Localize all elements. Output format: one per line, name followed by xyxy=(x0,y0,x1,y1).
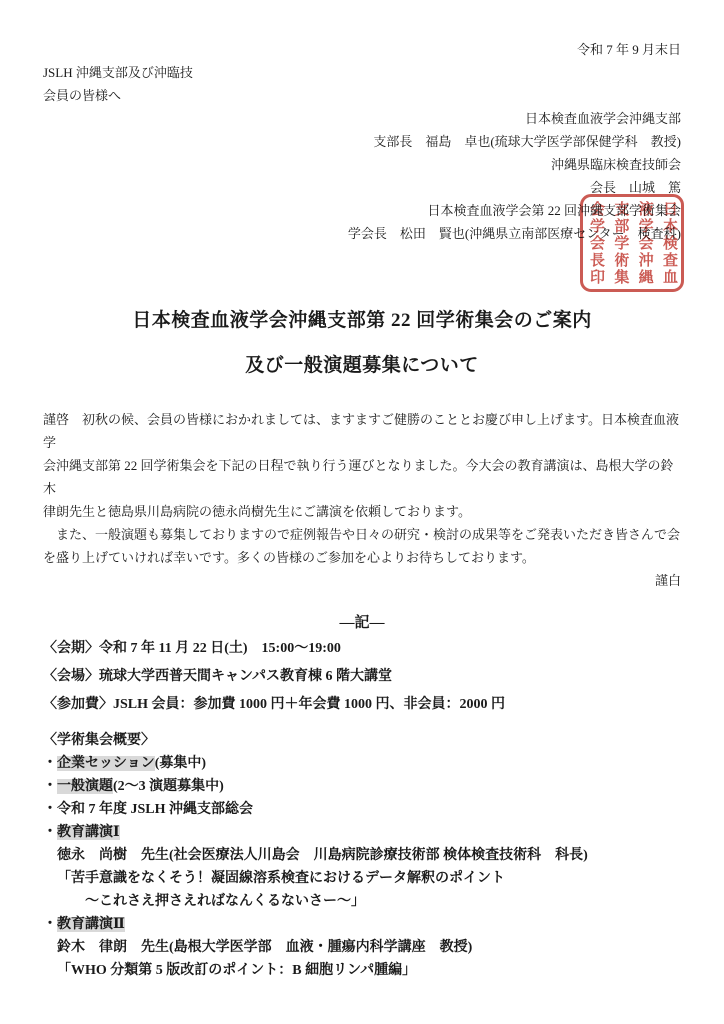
recipient-line: 会員の皆様へ xyxy=(43,84,681,107)
document-title-line-2: 及び一般演題募集について xyxy=(43,352,681,380)
sender-line: 沖縄県臨床検査技師会 xyxy=(43,153,681,176)
lecture-2-speaker: 鈴木 律朗 先生(島根大学医学部 血液・腫瘍内科学講座 教授) xyxy=(43,936,681,959)
official-seal-stamp: 日本検査血 液学会沖縄 支部学術集 会学会長印 xyxy=(580,194,684,292)
highlighted-text: 一般演題 xyxy=(57,779,113,794)
lecture-1-title-line-1: 「苦手意識をなくそう！凝固線溶系検査におけるデータ解釈のポイント xyxy=(43,867,681,890)
overview-item-lecture-1: ・教育講演Ⅰ xyxy=(43,821,681,844)
sender-line: 支部長 福島 卓也(琉球大学医学部保健学科 教授) xyxy=(43,130,681,153)
bullet: ・ xyxy=(43,756,57,771)
highlighted-text: 教育講演Ⅱ xyxy=(57,917,125,932)
lecture-2-title: 「WHO 分類第 5 版改訂のポイント：B 細胞リンパ腫編」 xyxy=(43,959,681,982)
record-item-venue: 〈会場〉琉球大学西普天間キャンパス教育棟 6 階大講堂 xyxy=(43,663,681,691)
body-text-line: また、一般演題も募集しておりますので症例報告や日々の研究・検討の成果等をご発表い… xyxy=(43,523,681,546)
document-page: 令和 7 年 9 月末日 JSLH 沖縄支部及び沖臨技 会員の皆様へ 日本検査血… xyxy=(0,0,724,1024)
recipient-line: JSLH 沖縄支部及び沖臨技 xyxy=(43,61,681,84)
bullet: ・ xyxy=(43,825,57,840)
record-item-period: 〈会期〉令和 7 年 11 月 22 日(土) 15:00～19:00 xyxy=(43,635,681,663)
bullet: ・ xyxy=(43,779,57,794)
overview-item-general-abstracts: ・一般演題(2～3 演題募集中) xyxy=(43,775,681,798)
record-heading: ―記― xyxy=(43,612,681,635)
letter-body: 謹啓 初秋の候、会員の皆様におかれましては、ますますご健勝のこととお慶び申し上げ… xyxy=(43,408,681,592)
bullet: ・ xyxy=(43,802,57,817)
stamp-column: 支部学術集 xyxy=(612,201,627,286)
document-title-line-1: 日本検査血液学会沖縄支部第 22 回学術集会のご案内 xyxy=(43,307,681,335)
body-text-line: 律朗先生と徳島県川島病院の徳永尚樹先生にご講演を依頼しております。 xyxy=(43,500,681,523)
issue-date: 令和 7 年 9 月末日 xyxy=(43,38,681,61)
stamp-column: 日本検査血 xyxy=(661,201,676,286)
body-text-line: 謹啓 初秋の候、会員の皆様におかれましては、ますますご健勝のこととお慶び申し上げ… xyxy=(43,408,681,454)
lecture-1-title-line-2: ～これさえ押さえればなんくるないさー～」 xyxy=(43,890,681,913)
record-section: ―記― 〈会期〉令和 7 年 11 月 22 日(土) 15:00～19:00 … xyxy=(43,612,681,719)
document-title: 日本検査血液学会沖縄支部第 22 回学術集会のご案内 及び一般演題募集について xyxy=(43,307,681,380)
overview-section: 〈学術集会概要〉 ・企業セッション(募集中) ・一般演題(2～3 演題募集中) … xyxy=(43,729,681,982)
highlighted-text: 企業セッション xyxy=(57,756,155,771)
bullet: ・ xyxy=(43,917,57,932)
body-text-line: を盛り上げていければ幸いです。多くの皆様のご参加を心よりお待ちしております。 xyxy=(43,546,681,569)
closing-salutation: 謹白 xyxy=(43,569,681,592)
stamp-column: 会学会長印 xyxy=(588,201,603,286)
stamp-column: 液学会沖縄 xyxy=(637,201,652,286)
highlighted-text: 教育講演Ⅰ xyxy=(57,825,120,840)
overview-item-general-assembly: ・令和 7 年度 JSLH 沖縄支部総会 xyxy=(43,798,681,821)
overview-item-lecture-2: ・教育講演Ⅱ xyxy=(43,913,681,936)
body-text-line: 会沖縄支部第 22 回学術集会を下記の日程で執り行う運びとなりました。今大会の教… xyxy=(43,454,681,500)
sender-line: 日本検査血液学会沖縄支部 xyxy=(43,107,681,130)
overview-item-corporate-session: ・企業セッション(募集中) xyxy=(43,752,681,775)
record-item-fee: 〈参加費〉JSLH 会員：参加費 1000 円＋年会費 1000 円、非会員：2… xyxy=(43,691,681,719)
lecture-1-speaker: 徳永 尚樹 先生(社会医療法人川島会 川島病院診療技術部 検体検査技術科 科長) xyxy=(43,844,681,867)
overview-heading: 〈学術集会概要〉 xyxy=(43,729,681,752)
